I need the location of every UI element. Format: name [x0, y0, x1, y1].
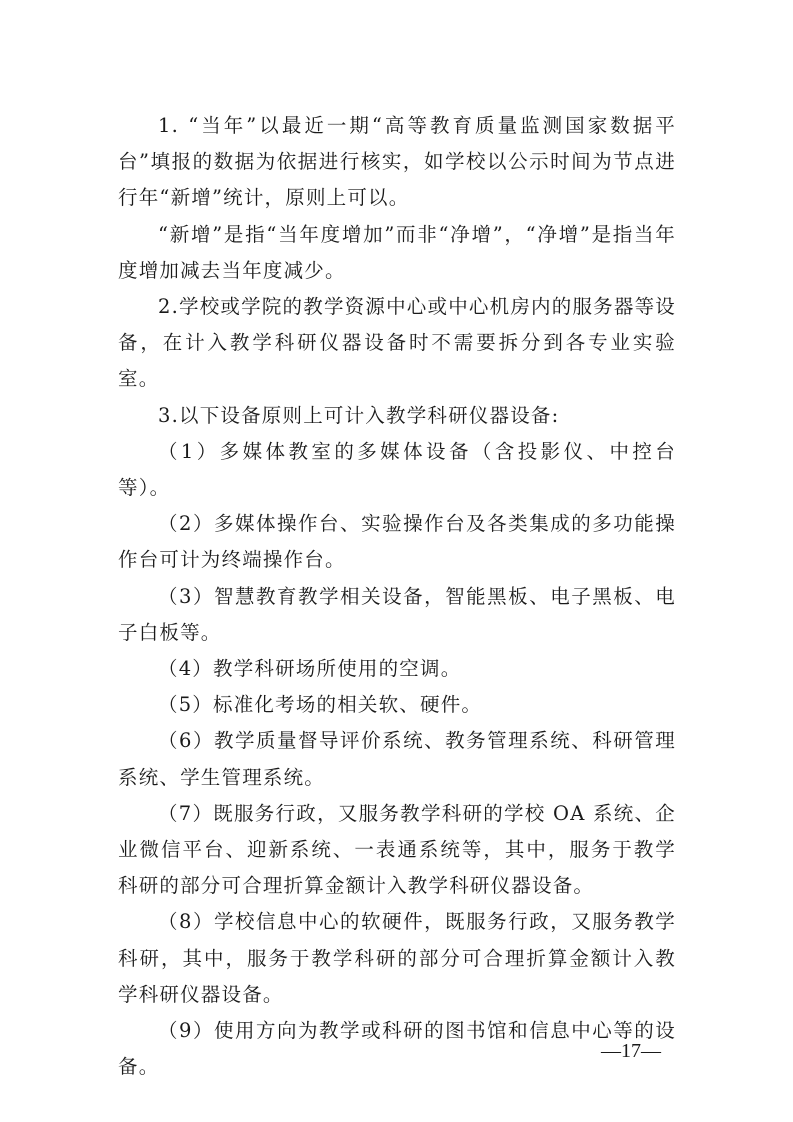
paragraph-3: 3.以下设备原则上可计入教学科研仪器设备:	[118, 398, 676, 434]
page-number: —17—	[601, 1040, 661, 1063]
paragraph-2: 2.学校或学院的教学资源中心或中心机房内的服务器等设备，在计入教学科研仪器设备时…	[118, 289, 676, 398]
list-item-7: （7）既服务行政，又服务教学科研的学校 OA 系统、企业微信平台、迎新系统、一表…	[118, 796, 676, 905]
document-body: 1. “当年”以最近一期“高等教育质量监测国家数据平台”填报的数据为依据进行核实…	[118, 108, 676, 1085]
list-item-9: （9）使用方向为教学或科研的图书馆和信息中心等的设备。	[118, 1013, 676, 1085]
paragraph-1: 1. “当年”以最近一期“高等教育质量监测国家数据平台”填报的数据为依据进行核实…	[118, 108, 676, 217]
list-item-8: （8）学校信息中心的软硬件，既服务行政，又服务教学科研，其中，服务于教学科研的部…	[118, 904, 676, 1013]
list-item-4: （4）教学科研场所使用的空调。	[118, 651, 676, 687]
list-item-6: （6）教学质量督导评价系统、教务管理系统、科研管理系统、学生管理系统。	[118, 723, 676, 795]
list-item-2: （2）多媒体操作台、实验操作台及各类集成的多功能操作台可计为终端操作台。	[118, 506, 676, 578]
list-item-3: （3）智慧教育教学相关设备，智能黑板、电子黑板、电子白板等。	[118, 579, 676, 651]
list-item-5: （5）标准化考场的相关软、硬件。	[118, 687, 676, 723]
paragraph-new-increase-definition: “新增”是指“当年度增加”而非“净增”，“净增”是指当年度增加减去当年度减少。	[118, 217, 676, 289]
list-item-1: （1）多媒体教室的多媒体设备（含投影仪、中控台等）。	[118, 434, 676, 506]
